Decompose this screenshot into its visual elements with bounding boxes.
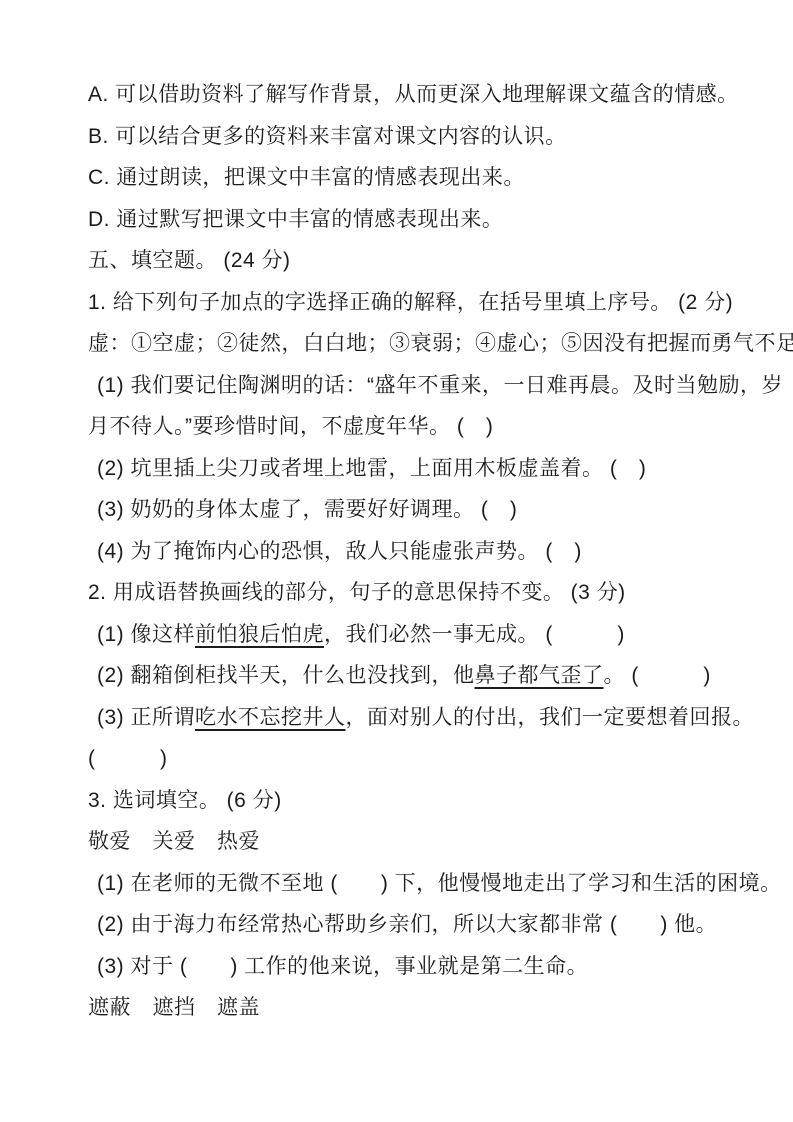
q3-item2: (2) 由于海力布经常热心帮助乡亲们，所以大家都非常 ( ) 他。 <box>88 904 753 946</box>
q3-item1: (1) 在老师的无微不至地 ( ) 下，他慢慢地走出了学习和生活的困境。 <box>88 863 753 905</box>
q2-item2-pre: (2) 翻箱倒柜找半天，什么也没找到，他 <box>97 664 475 687</box>
choice-option-d: D. 通过默写把课文中丰富的情感表现出来。 <box>88 199 753 241</box>
q2-item1-pre: (1) 像这样 <box>97 623 195 646</box>
q2-item2: (2) 翻箱倒柜找半天，什么也没找到，他鼻子都气歪了。 ( ) <box>88 655 753 697</box>
q2-stem: 2. 用成语替换画线的部分，句子的意思保持不变。 (3 分) <box>88 572 753 614</box>
q2-item3-answer-blank: ( ) <box>88 738 753 780</box>
q2-item3-pre: (3) 正所谓 <box>97 706 195 729</box>
q1-item1-line2: 月不待人。”要珍惜时间，不虚度年华。 ( ) <box>88 406 753 448</box>
q2-item2-underlined-phrase: 鼻子都气歪了 <box>475 664 604 687</box>
q2-item1-underlined-phrase: 前怕狼后怕虎 <box>195 623 324 646</box>
q1-stem: 1. 给下列句子加点的字选择正确的解释，在括号里填上序号。 (2 分) <box>88 282 753 324</box>
q1-glossary: 虚：①空虚；②徒然，白白地；③衰弱；④虚心；⑤因没有把握而勇气不足 <box>88 323 753 365</box>
q2-item3-post: ，面对别人的付出，我们一定要想着回报。 <box>346 706 755 729</box>
q1-item2: (2) 坑里插上尖刀或者埋上地雷，上面用木板虚盖着。 ( ) <box>88 448 753 490</box>
q2-item1-post: ，我们必然一事无成。 ( ) <box>324 623 625 646</box>
q2-item1: (1) 像这样前怕狼后怕虎，我们必然一事无成。 ( ) <box>88 614 753 656</box>
choice-option-c: C. 通过朗读，把课文中丰富的情感表现出来。 <box>88 157 753 199</box>
q2-item3: (3) 正所谓吃水不忘挖井人，面对别人的付出，我们一定要想着回报。 <box>88 697 753 739</box>
section5-title: 五、填空题。 (24 分) <box>88 240 753 282</box>
q1-item3: (3) 奶奶的身体太虚了，需要好好调理。 ( ) <box>88 489 753 531</box>
q3-stem: 3. 选词填空。 (6 分) <box>88 780 753 822</box>
choice-option-b: B. 可以结合更多的资料来丰富对课文内容的认识。 <box>88 116 753 158</box>
q3-word-group-1: 敬爱 关爱 热爱 <box>88 821 753 863</box>
q1-item1-line1: (1) 我们要记住陶渊明的话：“盛年不重来，一日难再晨。及时当勉励，岁 <box>88 365 753 407</box>
q2-item2-post: 。 ( ) <box>604 664 711 687</box>
q3-item3: (3) 对于 ( ) 工作的他来说，事业就是第二生命。 <box>88 946 753 988</box>
exam-page: A. 可以借助资料了解写作背景，从而更深入地理解课文蕴含的情感。 B. 可以结合… <box>0 0 793 1122</box>
q1-item4: (4) 为了掩饰内心的恐惧，敌人只能虚张声势。 ( ) <box>88 531 753 573</box>
q3-word-group-2: 遮蔽 遮挡 遮盖 <box>88 987 753 1029</box>
choice-option-a: A. 可以借助资料了解写作背景，从而更深入地理解课文蕴含的情感。 <box>88 74 753 116</box>
q2-item3-underlined-phrase: 吃水不忘挖井人 <box>195 706 346 729</box>
